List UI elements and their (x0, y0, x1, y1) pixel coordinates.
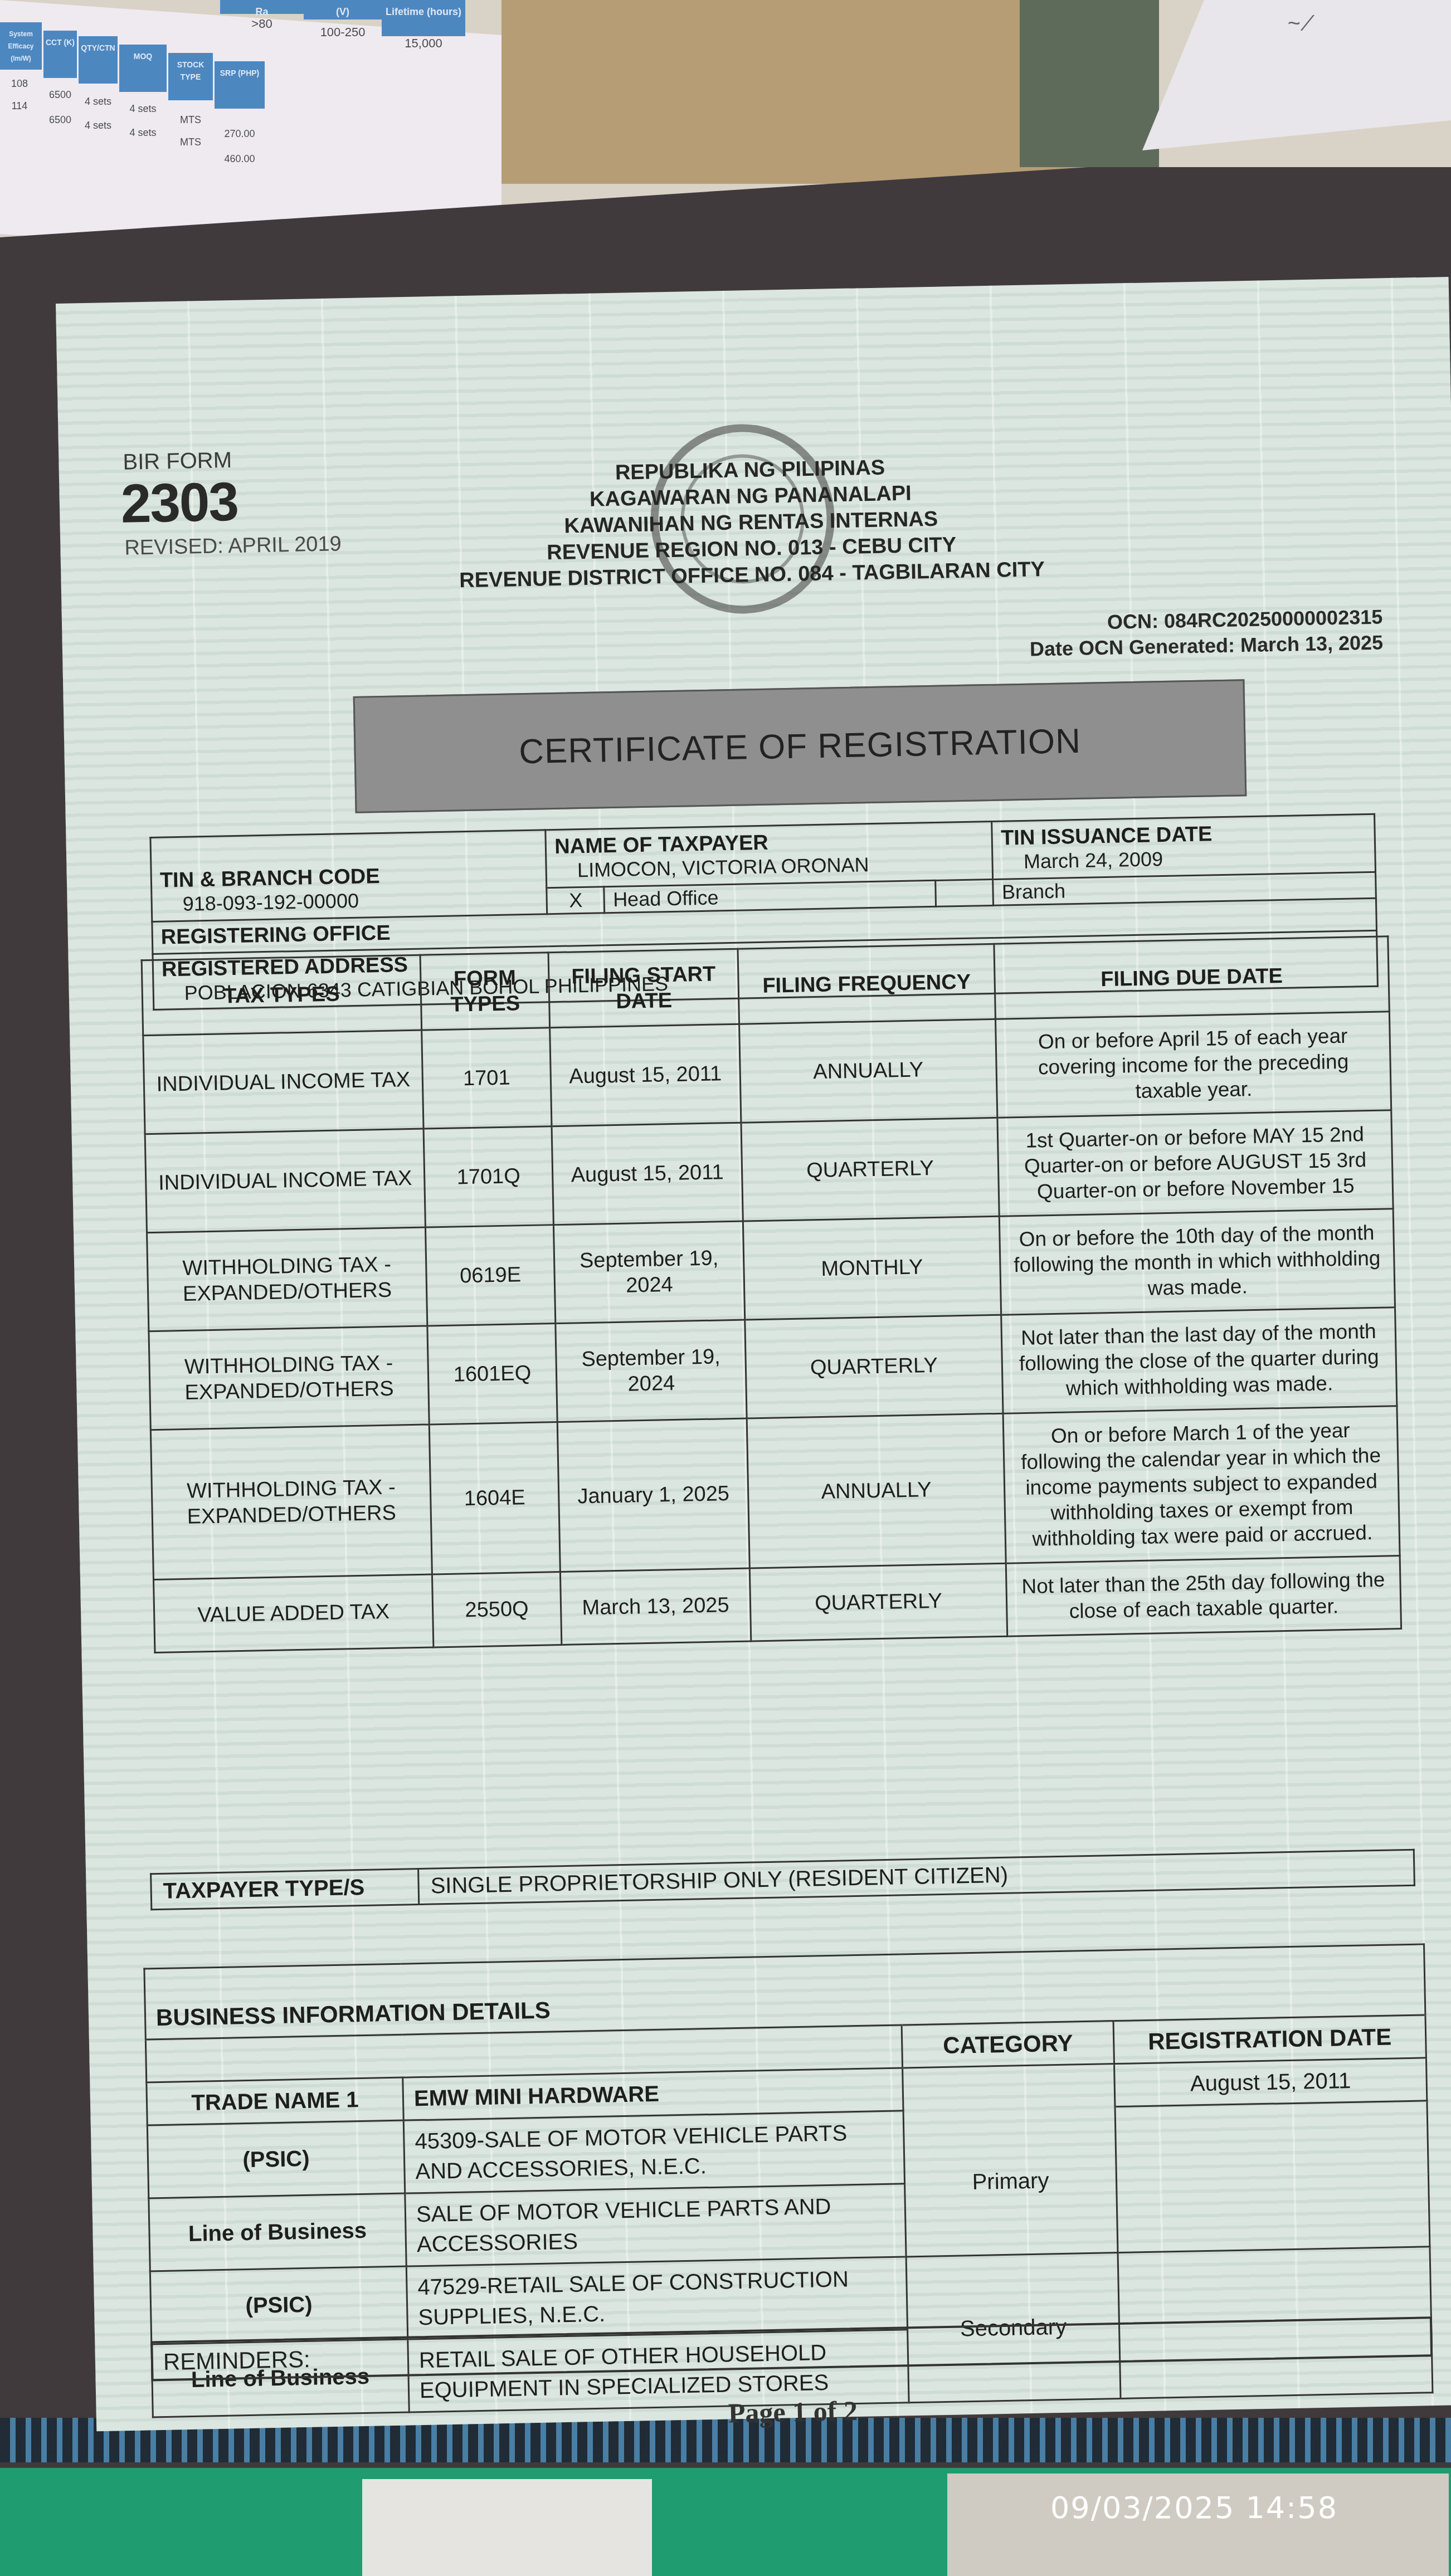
bg-cell: 114 (3, 100, 36, 112)
branch-checkbox (936, 879, 994, 906)
bg-cell: 100-250 (304, 25, 382, 40)
filing-frequency-cell: QUARTERLY (749, 1563, 1007, 1641)
col-filing-start-date: FILING START DATE (548, 949, 739, 1028)
bg-header: Ra (220, 0, 304, 14)
background-paper-right: ~ ⁄ (1142, 0, 1451, 150)
bg-cell: 4 sets (119, 127, 167, 139)
agency-header: REPUBLIKA NG PILIPINAS KAGAWARAN NG PANA… (393, 451, 1109, 596)
taxpayer-name-cell: NAME OF TAXPAYER LIMOCON, VICTORIA ORONA… (546, 821, 993, 887)
registration-date-header: REGISTRATION DATE (1113, 2015, 1426, 2064)
tax-type-cell: VALUE ADDED TAX (154, 1574, 434, 1653)
filing-start-date-cell: August 15, 2011 (550, 1024, 741, 1126)
filing-due-date-cell: On or before April 15 of each year cover… (995, 1012, 1391, 1118)
line-of-business-value: SALE OF MOTOR VEHICLE PARTS AND ACCESSOR… (405, 2184, 906, 2266)
filing-due-date-cell: 1st Quarter-on or before MAY 15 2nd Quar… (997, 1110, 1393, 1217)
tax-table-row: WITHHOLDING TAX - EXPANDED/OTHERS1604EJa… (150, 1406, 1400, 1580)
trade-name-label: TRADE NAME 1 (147, 2077, 403, 2125)
bg-cell: 4 sets (79, 96, 118, 108)
bg-cell: 270.00 (215, 128, 265, 140)
form-type-cell: 1701Q (423, 1126, 553, 1227)
bg-header: (V) (304, 0, 382, 19)
filing-frequency-cell: QUARTERLY (741, 1118, 999, 1221)
background-object (1020, 0, 1159, 167)
bg-header: SRP (PHP) (215, 61, 265, 109)
filing-start-date-cell: January 1, 2025 (557, 1418, 749, 1572)
bg-cell: 4 sets (79, 120, 118, 131)
filing-frequency-cell: QUARTERLY (745, 1315, 1003, 1418)
bg-cell: 6500 (43, 114, 77, 126)
bg-header: Lifetime (hours) (382, 0, 465, 36)
filing-due-date-cell: On or before the 10th day of the month f… (999, 1209, 1395, 1315)
tax-types-table: TAX TYPES FORM TYPES FILING START DATE F… (141, 935, 1403, 1653)
tax-type-cell: INDIVIDUAL INCOME TAX (145, 1129, 425, 1233)
bg-header: QTY/CTN (79, 36, 118, 84)
certificate-document: BIR FORM 2303 REVISED: APRIL 2019 REPUBL… (56, 277, 1451, 2431)
category-header: CATEGORY (902, 2021, 1114, 2068)
bg-cell: 460.00 (215, 153, 265, 165)
bg-cell: MTS (168, 136, 213, 148)
registration-date-blank (1115, 2101, 1430, 2253)
form-type-cell: 1604E (429, 1422, 560, 1574)
filing-start-date-cell: August 15, 2011 (552, 1123, 743, 1224)
bg-cell: 6500 (43, 89, 77, 101)
filing-due-date-cell: On or before March 1 of the year followi… (1003, 1406, 1400, 1564)
filing-frequency-cell: MONTHLY (743, 1216, 1001, 1320)
reminders-label: REMINDERS: (163, 2346, 311, 2375)
background-card (362, 2479, 652, 2576)
bg-cell: MTS (168, 114, 213, 126)
filing-due-date-cell: Not later than the last day of the month… (1001, 1307, 1397, 1414)
bg-header: STOCK TYPE (168, 53, 213, 100)
taxpayer-type-value: SINGLE PROPRIETORSHIP ONLY (RESIDENT CIT… (418, 1850, 1415, 1904)
bg-header: MOQ (119, 45, 167, 92)
filing-frequency-cell: ANNUALLY (739, 1019, 997, 1123)
bg-cell: >80 (220, 17, 304, 31)
certificate-title-banner: CERTIFICATE OF REGISTRATION (353, 679, 1247, 813)
taxpayer-type-table: TAXPAYER TYPE/S SINGLE PROPRIETORSHIP ON… (150, 1849, 1415, 1911)
certificate-title: CERTIFICATE OF REGISTRATION (519, 721, 1082, 771)
form-type-cell: 1701 (422, 1028, 552, 1129)
registration-date-value: August 15, 2011 (1114, 2058, 1427, 2107)
form-type-cell: 2550Q (432, 1572, 561, 1647)
category-value: Primary (903, 2107, 1118, 2257)
filing-start-date-cell: March 13, 2025 (560, 1568, 751, 1645)
handwritten-scribble: ~ ⁄ (1287, 11, 1310, 36)
bg-cell: 108 (3, 78, 36, 90)
col-form-types: FORM TYPES (420, 953, 550, 1030)
col-filing-frequency: FILING FREQUENCY (738, 944, 996, 1024)
form-revised-date: REVISED: APRIL 2019 (124, 532, 342, 560)
col-tax-types: TAX TYPES (142, 955, 421, 1036)
psic-label: (PSIC) (147, 2120, 405, 2198)
tin-cell: TIN & BRANCH CODE 918-093-192-00000 (150, 830, 547, 922)
col-filing-due-date: FILING DUE DATE (994, 936, 1389, 1019)
tax-type-cell: WITHHOLDING TAX - EXPANDED/OTHERS (147, 1227, 427, 1331)
bg-cell: 4 sets (119, 103, 167, 115)
head-office-checkbox: X (547, 887, 605, 914)
tin-issuance-cell: TIN ISSUANCE DATE March 24, 2009 (992, 814, 1375, 879)
filing-frequency-cell: ANNUALLY (747, 1413, 1006, 1568)
filing-due-date-cell: Not later than the 25th day following th… (1006, 1556, 1401, 1637)
tax-type-cell: INDIVIDUAL INCOME TAX (143, 1030, 423, 1134)
taxpayer-type-label: TAXPAYER TYPE/S (151, 1869, 419, 1910)
psic-value: 45309-SALE OF MOTOR VEHICLE PARTS AND AC… (403, 2111, 904, 2193)
ocn-block: OCN: 084RC20250000002315 Date OCN Genera… (1029, 604, 1384, 662)
filing-start-date-cell: September 19, 2024 (553, 1221, 744, 1323)
psic-label: (PSIC) (150, 2266, 407, 2344)
psic-value: 47529-RETAIL SALE OF CONSTRUCTION SUPPLI… (406, 2257, 907, 2339)
filing-start-date-cell: September 19, 2024 (556, 1320, 747, 1422)
tax-type-cell: WITHHOLDING TAX - EXPANDED/OTHERS (150, 1424, 432, 1580)
bg-header: System Efficacy (lm/W) (0, 22, 42, 70)
bg-header: CCT (K) (43, 31, 77, 78)
tax-type-cell: WITHHOLDING TAX - EXPANDED/OTHERS (149, 1326, 429, 1430)
line-of-business-label: Line of Business (149, 2193, 406, 2271)
bg-cell: 15,000 (382, 36, 465, 51)
form-number: 2303 (120, 470, 238, 535)
camera-timestamp: 09/03/2025 14:58 (1050, 2490, 1338, 2525)
form-type-cell: 1601EQ (427, 1324, 557, 1424)
form-type-cell: 0619E (425, 1225, 555, 1326)
